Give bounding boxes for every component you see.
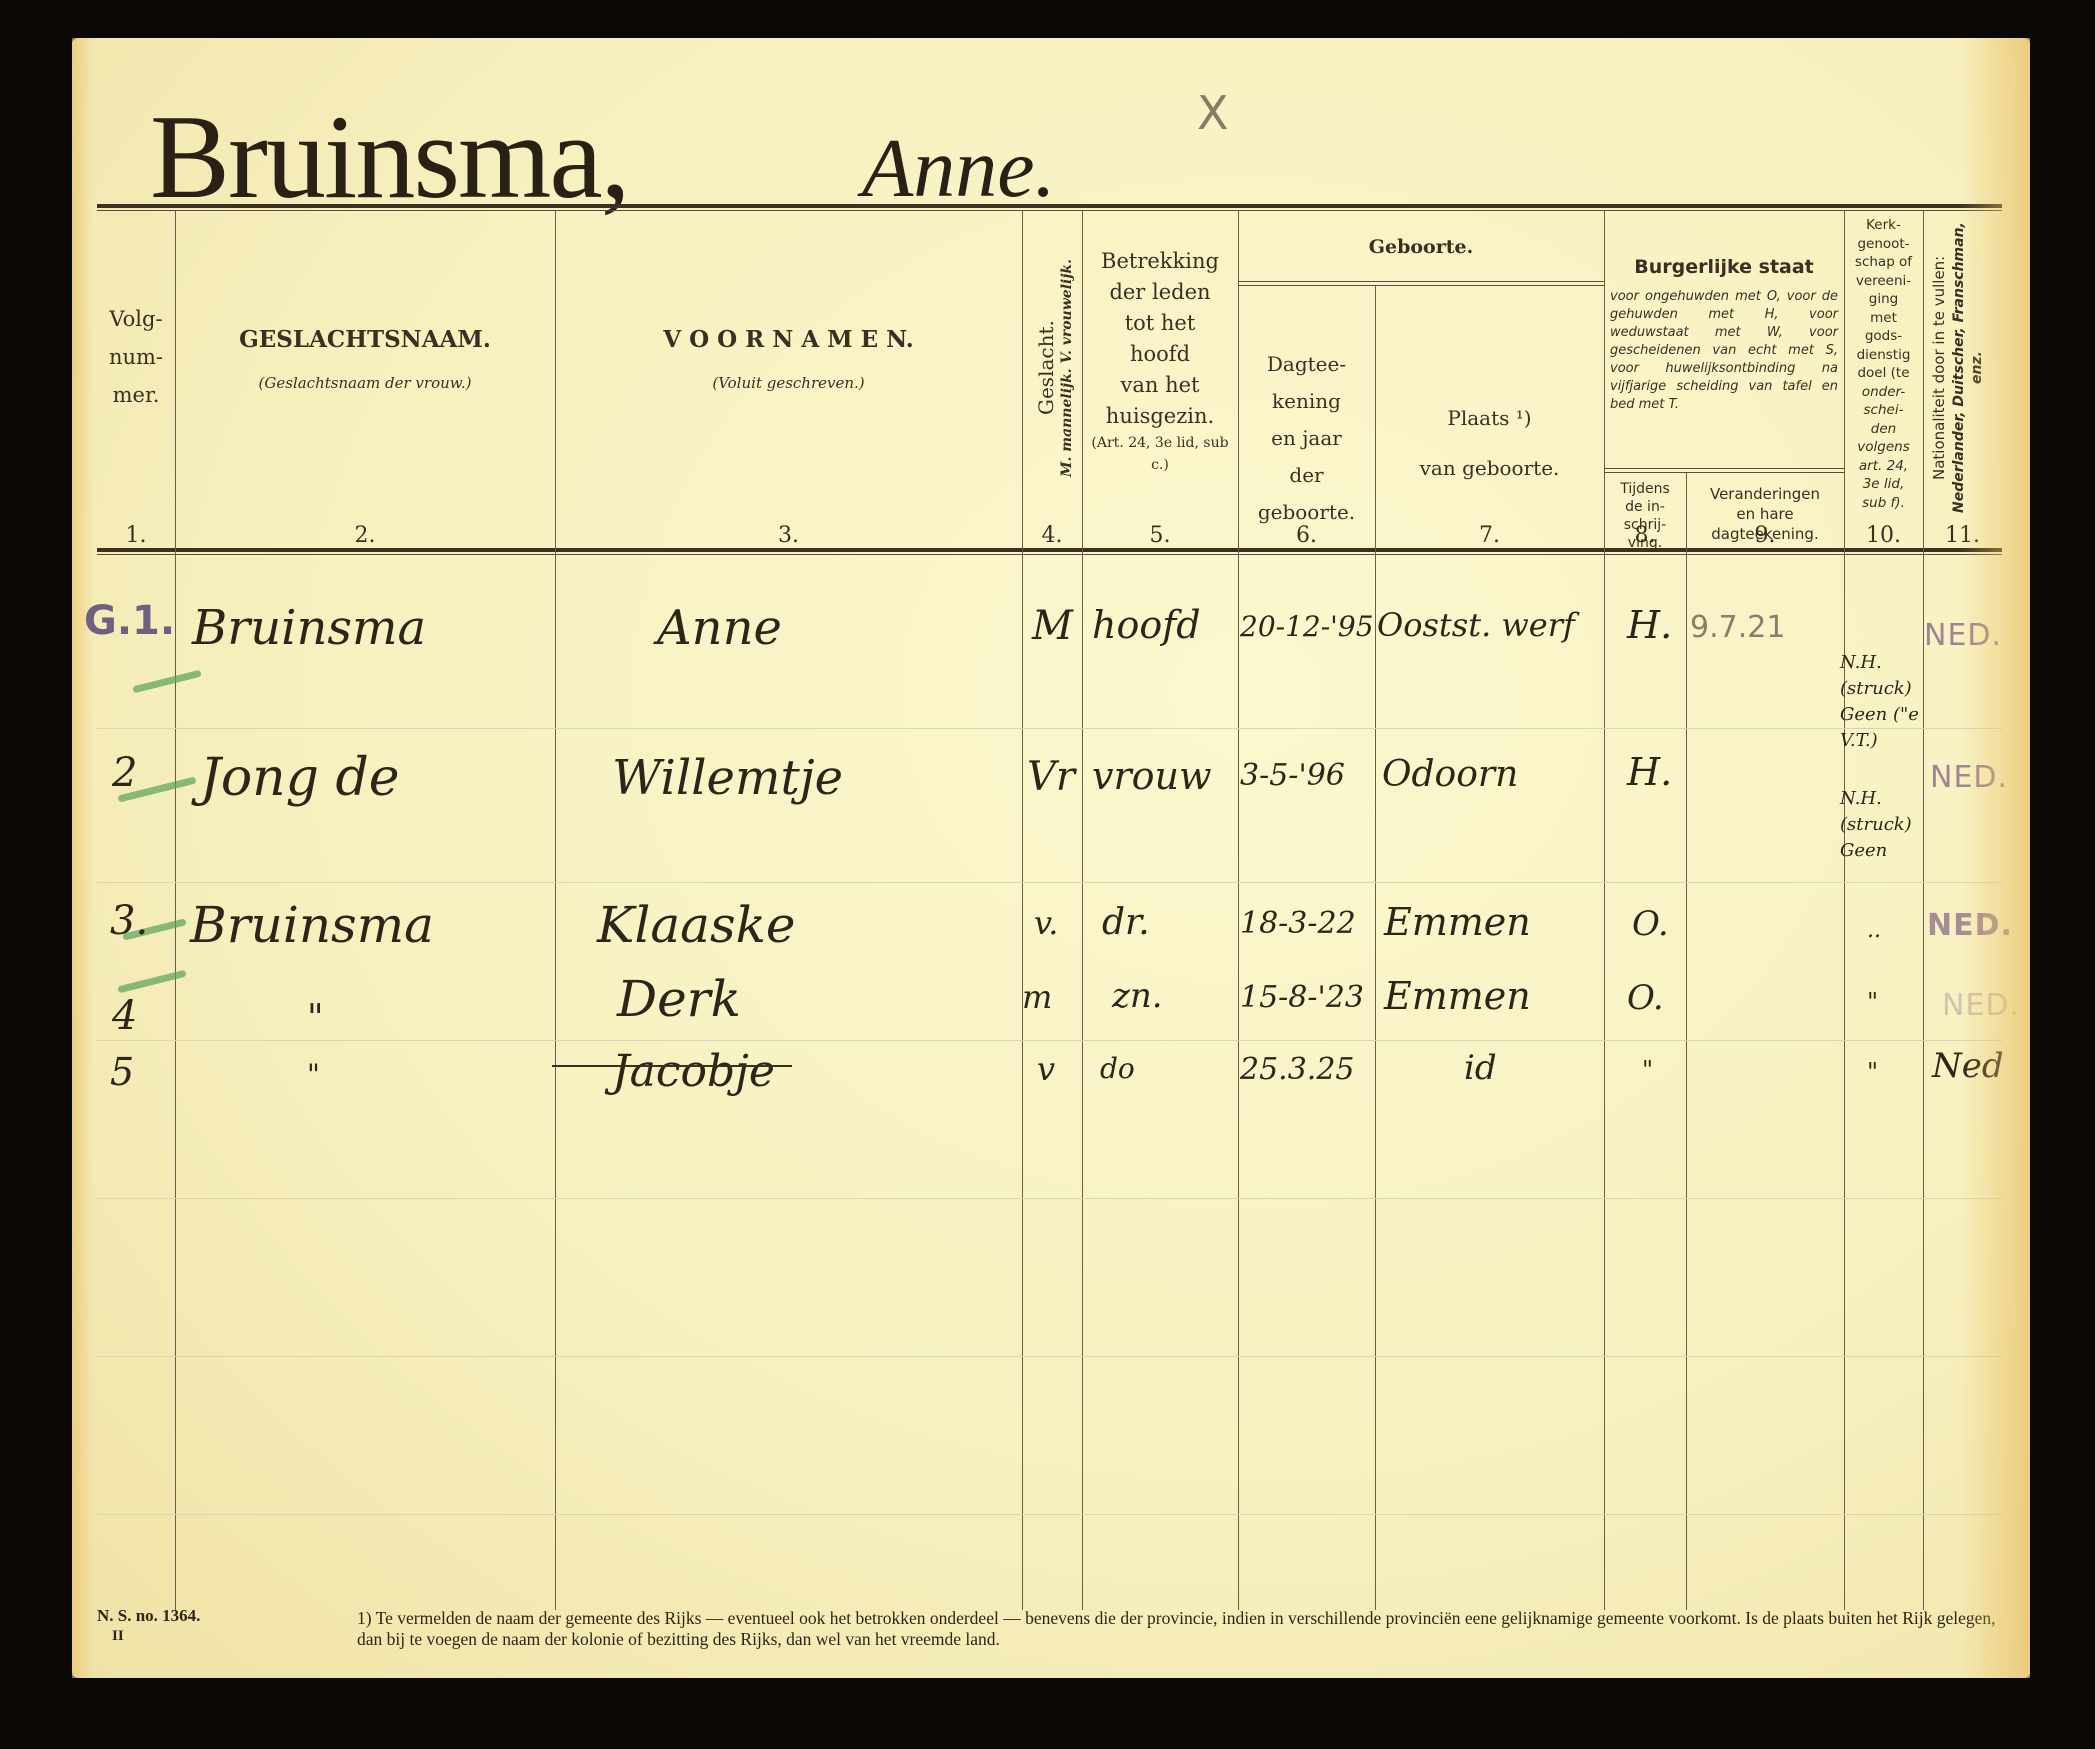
col1-label-line: Volg- bbox=[97, 300, 175, 338]
col11-subtitle: Nederlander, Duitscher, Franschman, enz. bbox=[1950, 218, 1990, 518]
row-volgnummer: 2 bbox=[112, 750, 137, 796]
row-geboortedatum: 15-8-'23 bbox=[1240, 980, 1364, 1015]
row-betrekking: do bbox=[1100, 1052, 1135, 1085]
row-nationaliteit: Ned bbox=[1932, 1046, 2004, 1086]
col3-title: V O O R N A M E N. bbox=[555, 326, 1022, 353]
row-line bbox=[97, 728, 2002, 729]
col11-title: Nationaliteit door in te vullen: bbox=[1930, 218, 1949, 518]
row-geslachtsnaam: Bruinsma bbox=[192, 600, 426, 656]
col7-label-line: van geboorte. bbox=[1375, 443, 1604, 493]
col6-label-line: en jaar bbox=[1238, 420, 1375, 457]
row-betrekking: dr. bbox=[1102, 902, 1150, 943]
row-staat: O. bbox=[1627, 978, 1664, 1018]
row-geslacht: v. bbox=[1034, 904, 1058, 942]
col2-title: GESLACHTSNAAM. bbox=[175, 326, 555, 353]
row-geboorteplaats: Odoorn bbox=[1382, 754, 1518, 795]
col5-label-line: van het bbox=[1082, 370, 1238, 401]
col5-number: 5. bbox=[1082, 523, 1238, 548]
form-series: II bbox=[112, 1628, 124, 1645]
header-bottom-rule bbox=[97, 548, 2002, 552]
row-geslacht: M bbox=[1032, 603, 1073, 649]
col1-label-line: num- bbox=[97, 338, 175, 376]
row-line bbox=[97, 1040, 2002, 1041]
row-nationaliteit-stamp: NED. bbox=[1942, 988, 2020, 1023]
row-kerkgenootschap: N.H. (struck) Geen ("e V.T.) bbox=[1840, 650, 1920, 754]
row-geslacht: Vr bbox=[1027, 754, 1075, 800]
green-check-mark bbox=[117, 970, 187, 994]
col6-label-line: kening bbox=[1238, 383, 1375, 420]
geboorte-subrule-2 bbox=[1238, 285, 1604, 286]
row-geslacht: v bbox=[1037, 1050, 1055, 1088]
col7-header: Plaats ¹) van geboorte. bbox=[1375, 393, 1604, 493]
col9-number: 9. bbox=[1686, 523, 1844, 548]
row-voornamen: Derk bbox=[617, 970, 741, 1028]
row-voornamen: Anne bbox=[657, 600, 782, 656]
row-geslacht: m bbox=[1022, 978, 1052, 1016]
col10-label-line: genoot- bbox=[1844, 235, 1923, 254]
col7-number: 7. bbox=[1375, 523, 1604, 548]
row-line bbox=[97, 1198, 2002, 1199]
row-voornamen: Klaaske bbox=[597, 896, 796, 954]
col5-label-line: der leden bbox=[1082, 277, 1238, 308]
row-staat: " bbox=[1642, 1056, 1653, 1084]
row-geboorteplaats: Emmen bbox=[1384, 974, 1531, 1018]
row-geboorteplaats: id bbox=[1464, 1048, 1497, 1088]
col2-number: 2. bbox=[175, 523, 555, 548]
row-betrekking: hoofd bbox=[1092, 603, 1201, 647]
col-divider-7 bbox=[1604, 210, 1605, 1610]
row-geboortedatum: 25.3.25 bbox=[1240, 1052, 1355, 1087]
form-number: N. S. no. 1364. bbox=[97, 1606, 200, 1626]
col5-header: Betrekking der leden tot het hoofd van h… bbox=[1082, 246, 1238, 476]
row-geboortedatum: 18-3-22 bbox=[1240, 906, 1356, 941]
row-line bbox=[97, 1514, 2002, 1515]
registry-card: Bruinsma, Anne. X Volg- num- mer. GESLAC… bbox=[72, 38, 2030, 1678]
col-divider-3 bbox=[1022, 210, 1023, 1610]
col10-header: Kerk- genoot- schap of vereeni- ging met… bbox=[1844, 216, 1923, 512]
col6-number: 6. bbox=[1238, 523, 1375, 548]
footnote: 1) Te vermelden de naam der gemeente des… bbox=[357, 1608, 2007, 1650]
row-line bbox=[97, 1356, 2002, 1357]
col-divider-1 bbox=[175, 210, 176, 1610]
row-geboortedatum: 3-5-'96 bbox=[1240, 758, 1345, 793]
col10-label-line: doel (te bbox=[1844, 364, 1923, 383]
row-volgnummer: 3. bbox=[110, 898, 148, 944]
col10-label-line: sub f). bbox=[1844, 494, 1923, 513]
col9-label-line: en hare bbox=[1686, 504, 1844, 524]
col-divider-2 bbox=[555, 210, 556, 1610]
row-geboorteplaats: Emmen bbox=[1384, 900, 1531, 944]
row-voornamen: Willemtje bbox=[612, 750, 843, 806]
col3-number: 3. bbox=[555, 523, 1022, 548]
col10-label-line: den bbox=[1844, 420, 1923, 439]
col6-label-line: Dagtee- bbox=[1238, 346, 1375, 383]
row-geboorteplaats: Oostst. werf bbox=[1377, 606, 1575, 644]
col10-label-line: ging bbox=[1844, 290, 1923, 309]
geboorte-group-title: Geboorte. bbox=[1238, 236, 1604, 258]
row-volgnummer: G.1. bbox=[84, 598, 175, 644]
col4-number: 4. bbox=[1022, 523, 1082, 548]
geboorte-subrule bbox=[1238, 281, 1604, 282]
row-veranderingen: 9.7.21 bbox=[1690, 610, 1785, 645]
green-check-mark bbox=[132, 670, 202, 694]
col8-number: 8. bbox=[1604, 523, 1686, 548]
corner-mark: X bbox=[1197, 86, 1229, 140]
col10-label-line: schap of bbox=[1844, 253, 1923, 272]
col6-label-line: der bbox=[1238, 457, 1375, 494]
col5-label-line: hoofd bbox=[1082, 339, 1238, 370]
row-staat: H. bbox=[1627, 750, 1672, 794]
row-staat: H. bbox=[1627, 603, 1672, 647]
col-divider-10 bbox=[1923, 210, 1924, 1610]
col10-label-line: met bbox=[1844, 309, 1923, 328]
col10-label-line: Kerk- bbox=[1844, 216, 1923, 235]
col9-label-line: Veranderingen bbox=[1686, 484, 1844, 504]
card-given-name: Anne. bbox=[862, 120, 1056, 217]
row-kerkgenootschap: .. bbox=[1867, 918, 1881, 943]
row-nationaliteit-stamp: NED. bbox=[1930, 760, 2008, 795]
row-kerkgenootschap: N.H. (struck) Geen bbox=[1840, 786, 1920, 864]
burgerlijke-staat-title: Burgerlijke staat bbox=[1604, 256, 1844, 278]
row-nationaliteit-stamp: NED. bbox=[1927, 908, 2013, 943]
row-geboortedatum: 20-12-'95 bbox=[1240, 610, 1374, 643]
col10-label-line: schei- bbox=[1844, 401, 1923, 420]
col1-label-line: mer. bbox=[97, 376, 175, 414]
row-geslachtsnaam: Bruinsma bbox=[190, 896, 434, 954]
burgerlijke-staat-description: voor ongehuwden met O, voor de gehuwden … bbox=[1610, 288, 1838, 414]
col10-number: 10. bbox=[1844, 523, 1923, 548]
row-voornamen: Jacobje bbox=[612, 1046, 775, 1097]
col5-label-line: tot het bbox=[1082, 308, 1238, 339]
col7-label-line: Plaats ¹) bbox=[1375, 393, 1604, 443]
row-nationaliteit-stamp: NED. bbox=[1924, 618, 2002, 653]
row-betrekking: zn. bbox=[1112, 976, 1163, 1016]
col1-number: 1. bbox=[97, 523, 175, 548]
row-line bbox=[97, 882, 2002, 883]
col5-note: (Art. 24, 3e lid, sub c.) bbox=[1082, 432, 1238, 476]
col8-label-line: Tijdens bbox=[1604, 480, 1686, 498]
col10-label-line: volgens bbox=[1844, 438, 1923, 457]
col4-subtitle: M. mannelijk. V. vrouwelijk. bbox=[1058, 218, 1076, 518]
row-volgnummer: 5 bbox=[110, 1050, 134, 1094]
row-volgnummer: 4 bbox=[112, 993, 137, 1039]
col5-label-line: huisgezin. bbox=[1082, 401, 1238, 432]
row-betrekking: vrouw bbox=[1092, 754, 1212, 798]
col-divider-8 bbox=[1686, 473, 1687, 1610]
col11-number: 11. bbox=[1923, 523, 2002, 548]
col10-label-line: dienstig bbox=[1844, 346, 1923, 365]
col10-label-line: vereeni- bbox=[1844, 272, 1923, 291]
col6-header: Dagtee- kening en jaar der geboorte. bbox=[1238, 346, 1375, 531]
burgerlijke-subrule-2 bbox=[1604, 472, 1844, 473]
col10-label-line: onder- bbox=[1844, 383, 1923, 402]
row-geslachtsnaam: Jong de bbox=[200, 748, 400, 808]
row-kerkgenootschap: " bbox=[1867, 1058, 1878, 1086]
header-top-rule bbox=[97, 204, 2002, 208]
col10-label-line: art. 24, bbox=[1844, 457, 1923, 476]
col3-subtitle: (Voluit geschreven.) bbox=[555, 374, 1022, 392]
voornamen-strikethrough bbox=[552, 1065, 792, 1067]
col5-label-line: Betrekking bbox=[1082, 246, 1238, 277]
col4-title: Geslacht. bbox=[1034, 218, 1058, 518]
header-top-rule-thin bbox=[97, 210, 2002, 211]
col1-header: Volg- num- mer. bbox=[97, 300, 175, 414]
col10-label-line: gods- bbox=[1844, 327, 1923, 346]
burgerlijke-subrule bbox=[1604, 468, 1844, 469]
col2-subtitle: (Geslachtsnaam der vrouw.) bbox=[175, 374, 555, 392]
col8-label-line: de in- bbox=[1604, 498, 1686, 516]
row-geslachtsnaam: " bbox=[307, 998, 324, 1039]
row-staat: O. bbox=[1632, 904, 1669, 944]
col10-label-line: 3e lid, bbox=[1844, 475, 1923, 494]
row-geslachtsnaam: " bbox=[307, 1058, 320, 1091]
header-bottom-rule-thin bbox=[97, 554, 2002, 555]
row-kerkgenootschap: " bbox=[1867, 988, 1878, 1016]
